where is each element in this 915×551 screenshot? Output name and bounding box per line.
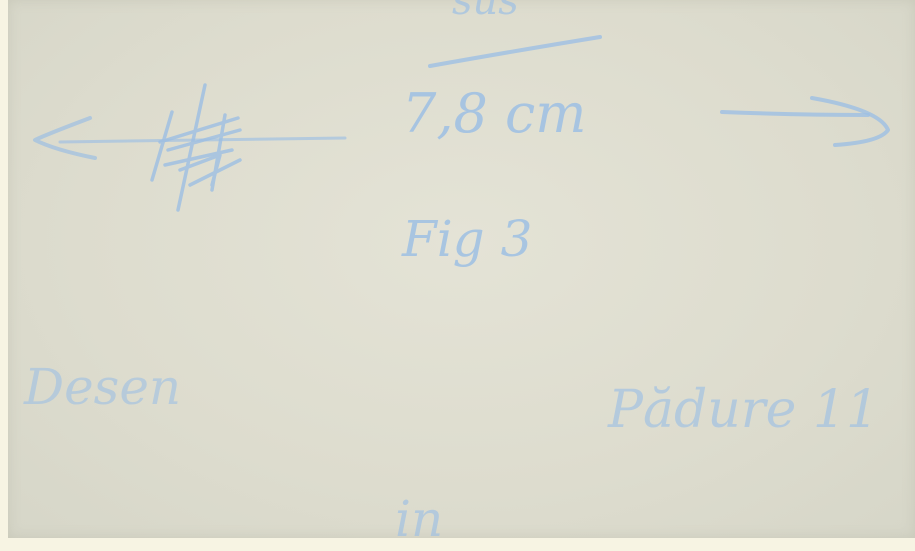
note-figure-number: Fig 3 <box>402 210 532 268</box>
left-arrow-icon <box>35 118 95 158</box>
note-left-word: Desen <box>24 358 181 416</box>
right-arrow-icon <box>722 112 868 115</box>
note-right-word: Pădure 11 <box>608 380 879 440</box>
underline-icon <box>430 37 600 66</box>
note-bottom-partial: in <box>395 490 443 548</box>
note-top-partial: sus <box>452 0 519 24</box>
right-arrow-head-icon <box>812 98 888 145</box>
note-measurement: 7,8 cm <box>402 82 587 145</box>
crossed-out-icon <box>152 85 240 210</box>
